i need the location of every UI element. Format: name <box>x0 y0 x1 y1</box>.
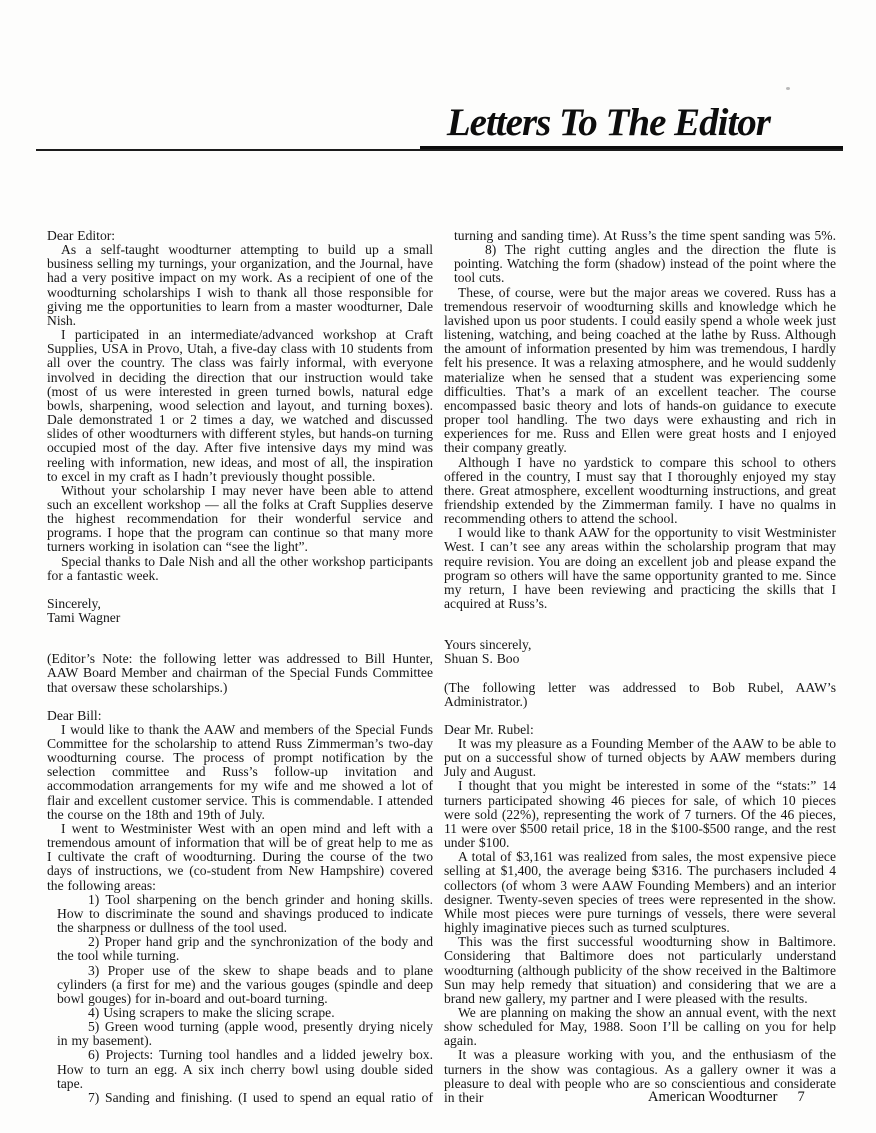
list-item: 6) Projects: Turning tool handles and a … <box>47 1048 433 1090</box>
paragraph: A total of $3,161 was realized from sale… <box>444 850 836 935</box>
paragraph: I thought that you might be interested i… <box>444 779 836 850</box>
paragraph: These, of course, were but the major are… <box>444 286 836 456</box>
paragraph: As a self-taught woodturner attempting t… <box>47 243 433 328</box>
right-column: turning and sanding time). At Russ’s the… <box>444 229 836 1105</box>
list-item: 3) Proper use of the skew to shape beads… <box>47 964 433 1006</box>
list-item: 4) Using scrapers to make the slicing sc… <box>47 1006 433 1020</box>
list-item-continuation: turning and sanding time). At Russ’s the… <box>444 229 836 243</box>
journal-name: American Woodturner <box>648 1089 777 1105</box>
scan-artifact-speck <box>786 87 790 90</box>
editor-note: (The following letter was addressed to B… <box>444 681 836 709</box>
paragraph: Although I have no yardstick to compare … <box>444 456 836 527</box>
editor-note: (Editor’s Note: the following letter was… <box>47 652 433 694</box>
list-item: 7) Sanding and finishing. (I used to spe… <box>47 1091 433 1105</box>
paragraph: I would like to thank the AAW and member… <box>47 723 433 822</box>
signature-name: Tami Wagner <box>47 611 433 625</box>
signature-closing: Yours sincerely, <box>444 638 836 652</box>
paragraph: Special thanks to Dale Nish and all the … <box>47 555 433 583</box>
header-rule <box>36 149 843 151</box>
left-column: Dear Editor: As a self-taught woodturner… <box>47 229 433 1105</box>
paragraph: This was the first successful woodturnin… <box>444 935 836 1006</box>
signature-name: Shuan S. Boo <box>444 652 836 666</box>
paragraph: Without your scholarship I may never hav… <box>47 484 433 555</box>
paragraph: It was my pleasure as a Founding Member … <box>444 737 836 779</box>
page-footer: American Woodturner7 <box>648 1089 805 1106</box>
list-item: 8) The right cutting angles and the dire… <box>444 243 836 285</box>
salutation: Dear Mr. Rubel: <box>444 723 836 737</box>
paragraph: I participated in an intermediate/advanc… <box>47 328 433 484</box>
paragraph: I would like to thank AAW for the opport… <box>444 526 836 611</box>
list-item: 5) Green wood turning (apple wood, prese… <box>47 1020 433 1048</box>
salutation: Dear Bill: <box>47 709 433 723</box>
signature-closing: Sincerely, <box>47 597 433 611</box>
list-item: 2) Proper hand grip and the synchronizat… <box>47 935 433 963</box>
paragraph: I went to Westminister West with an open… <box>47 822 433 893</box>
paragraph: We are planning on making the show an an… <box>444 1006 836 1048</box>
page-number: 7 <box>797 1089 804 1105</box>
list-item: 1) Tool sharpening on the bench grinder … <box>47 893 433 935</box>
magazine-page: Letters To The Editor Dear Editor: As a … <box>0 0 876 1133</box>
salutation: Dear Editor: <box>47 229 433 243</box>
page-title: Letters To The Editor <box>447 100 770 145</box>
